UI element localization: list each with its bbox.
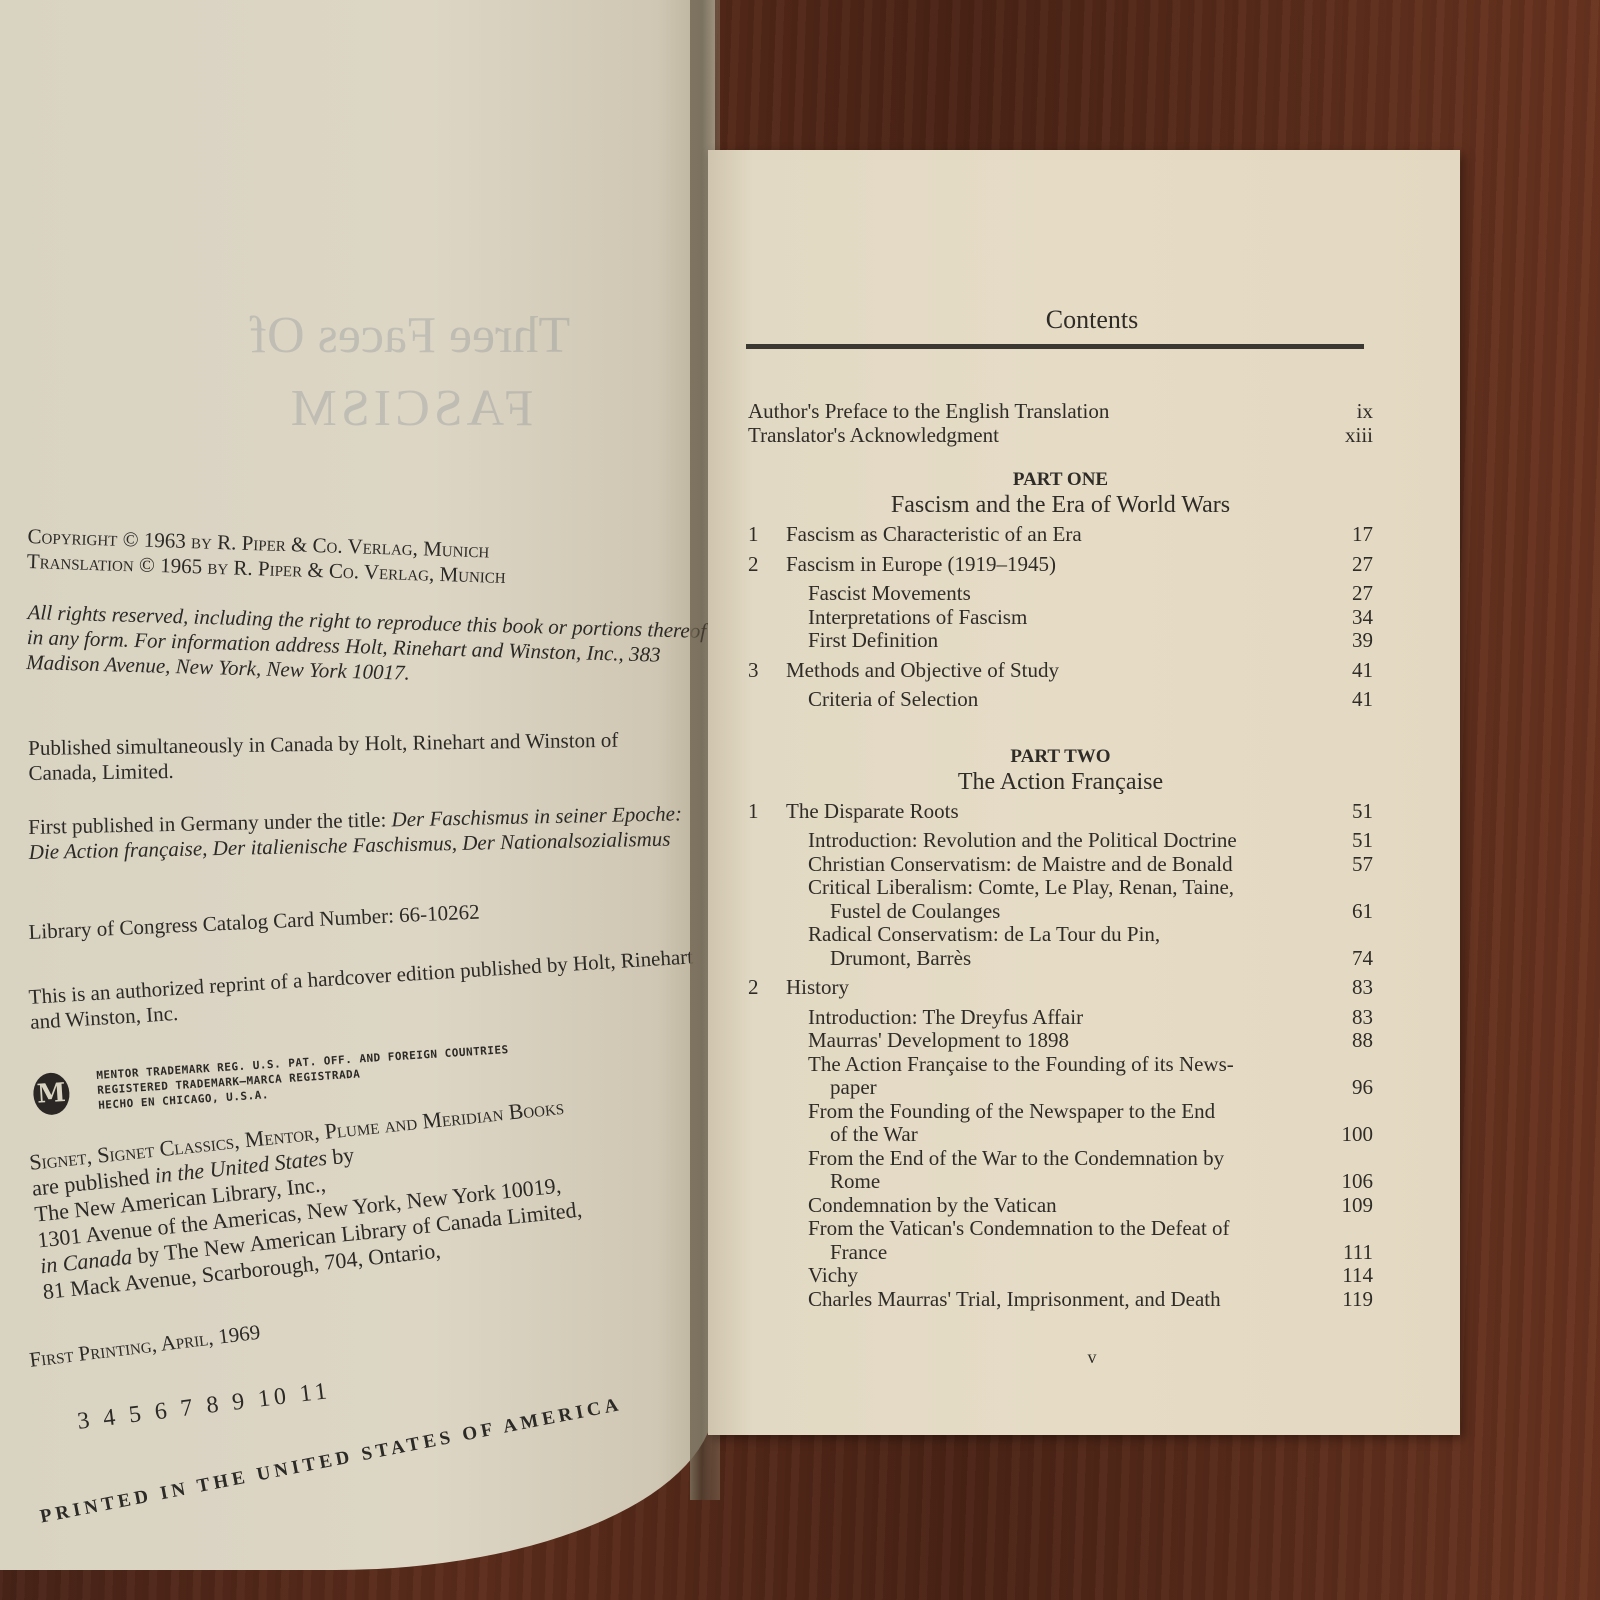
trademark-text: MENTOR TRADEMARK REG. U.S. PAT. OFF. AND… <box>96 1042 511 1113</box>
toc-entry-label: Critical Liberalism: Comte, Le Play, Ren… <box>808 875 1234 899</box>
toc-section[interactable]: Fascist Movements27 <box>748 582 1373 606</box>
toc-entry-continuation: paper <box>808 1076 1323 1100</box>
toc-page-number: 51 <box>1323 800 1373 824</box>
mentor-trademark: M MENTOR TRADEMARK REG. U.S. PAT. OFF. A… <box>32 1042 511 1117</box>
toc-section[interactable]: From the Founding of the Newspaper to th… <box>748 1100 1373 1147</box>
toc-entry-label: Christian Conservatism: de Maistre and d… <box>748 853 1323 877</box>
toc-page-number: 51 <box>1323 829 1373 853</box>
toc-entry-label: Author's Preface to the English Translat… <box>748 400 1323 424</box>
toc-page-number: 34 <box>1323 606 1373 630</box>
toc-section[interactable]: Radical Conservatism: de La Tour du Pin,… <box>748 923 1373 970</box>
toc-entry-label: From the End of the War to the Condemnat… <box>808 1146 1224 1170</box>
toc-chapter[interactable]: 2History83 <box>748 976 1373 1000</box>
toc-entry-label: Translator's Acknowledgment <box>748 424 1323 448</box>
toc-entry-label: Fascist Movements <box>748 582 1323 606</box>
toc-section[interactable]: Condemnation by the Vatican109 <box>748 1194 1373 1218</box>
toc-entry-continuation: Drumont, Barrès <box>808 947 1323 971</box>
library-of-congress-number: Library of Congress Catalog Card Number:… <box>28 892 648 945</box>
toc-entry-continuation: France <box>808 1241 1323 1265</box>
page-number-folio: v <box>708 1347 1460 1368</box>
title-rule-divider <box>746 344 1364 349</box>
toc-page-number: 27 <box>1323 553 1373 577</box>
toc-entry-label: Interpretations of Fascism <box>748 606 1323 630</box>
toc-page-number: 106 <box>1323 1170 1373 1194</box>
toc-chapter[interactable]: 1Fascism as Characteristic of an Era17 <box>748 523 1373 547</box>
toc-page-number: 119 <box>1323 1288 1373 1312</box>
first-published-note: First published in Germany under the tit… <box>28 801 689 865</box>
toc-chapter[interactable]: 2Fascism in Europe (1919–1945)27 <box>748 553 1373 577</box>
toc-entry-label: Fascism in Europe (1919–1945) <box>786 553 1323 577</box>
toc-page-number: 41 <box>1323 659 1373 683</box>
toc-chapter[interactable]: 1The Disparate Roots51 <box>748 800 1373 824</box>
toc-section[interactable]: Christian Conservatism: de Maistre and d… <box>748 853 1373 877</box>
toc-page-number: 109 <box>1323 1194 1373 1218</box>
toc-entry-label: The Disparate Roots <box>786 800 1323 824</box>
publisher-imprints: Signet, Signet Classics, Mentor, Plume a… <box>28 1077 715 1305</box>
chapter-number: 2 <box>748 553 786 577</box>
toc-entry[interactable]: Translator's Acknowledgment xiii <box>748 424 1373 448</box>
toc-entry-label: Fascism as Characteristic of an Era <box>786 523 1323 547</box>
part-title: The Action Française <box>748 768 1373 796</box>
toc-page-number: 111 <box>1323 1241 1373 1265</box>
rights-reserved: All rights reserved, including the right… <box>26 600 708 694</box>
toc-entry-label: Introduction: The Dreyfus Affair <box>748 1006 1323 1030</box>
chapter-number: 3 <box>748 659 786 683</box>
reprint-note: This is an authorized reprint of a hardc… <box>28 943 710 1034</box>
toc-chapter[interactable]: 3Methods and Objective of Study41 <box>748 659 1373 683</box>
copyright-notice: Copyright © 1963 by R. Piper & Co. Verla… <box>26 524 667 594</box>
toc-page-number: 39 <box>1323 629 1373 653</box>
toc-entry[interactable]: Author's Preface to the English Translat… <box>748 400 1373 424</box>
ghost-title-line: FASCISM <box>200 373 620 446</box>
part-heading: PART TWO <box>748 746 1373 768</box>
toc-page-number: 100 <box>1323 1123 1373 1147</box>
toc-entry-label: Vichy <box>748 1264 1323 1288</box>
part-title: Fascism and the Era of World Wars <box>748 491 1373 519</box>
printer-key-numbers: 3 4 5 6 7 8 9 10 11 <box>76 1379 332 1435</box>
toc-page-number: 17 <box>1323 523 1373 547</box>
toc-page-number: xiii <box>1323 424 1373 448</box>
toc-entry-label: Introduction: Revolution and the Politic… <box>748 829 1323 853</box>
toc-page-number: 27 <box>1323 582 1373 606</box>
toc-page-number: 74 <box>1323 947 1373 971</box>
toc-entry-label: From the Vatican's Condemnation to the D… <box>808 1216 1230 1240</box>
toc-entry-label: History <box>786 976 1323 1000</box>
toc-entry-continuation: Fustel de Coulanges <box>808 900 1323 924</box>
toc-section[interactable]: Vichy114 <box>748 1264 1373 1288</box>
toc-section[interactable]: Criteria of Selection41 <box>748 688 1373 712</box>
part-heading: PART ONE <box>748 469 1373 491</box>
toc-entry-label: Radical Conservatism: de La Tour du Pin, <box>808 922 1160 946</box>
toc-section[interactable]: Charles Maurras' Trial, Imprisonment, an… <box>748 1288 1373 1312</box>
mentor-logo-icon: M <box>32 1071 71 1115</box>
toc-entry-label: Maurras' Development to 1898 <box>748 1029 1323 1053</box>
toc-entry-continuation: Rome <box>808 1170 1323 1194</box>
toc-entry-continuation: of the War <box>808 1123 1323 1147</box>
toc-section[interactable]: Introduction: The Dreyfus Affair83 <box>748 1006 1373 1030</box>
chapter-number: 2 <box>748 976 786 1000</box>
toc-page-number: 114 <box>1323 1264 1373 1288</box>
contents-page: Contents Author's Preface to the English… <box>708 150 1460 1435</box>
toc-page-number: 57 <box>1323 853 1373 877</box>
toc-page-number: 61 <box>1323 900 1373 924</box>
ghost-title-line: Three Faces Of <box>200 300 620 373</box>
chapter-number: 1 <box>748 800 786 824</box>
toc-entry-label: From the Founding of the Newspaper to th… <box>808 1099 1215 1123</box>
toc-entry-label: Methods and Objective of Study <box>786 659 1323 683</box>
toc-entry-label: First Definition <box>748 629 1323 653</box>
toc-page-number: 41 <box>1323 688 1373 712</box>
toc-page-number: 88 <box>1323 1029 1373 1053</box>
table-of-contents: Author's Preface to the English Translat… <box>748 400 1373 1311</box>
toc-entry-label: The Action Française to the Founding of … <box>808 1052 1234 1076</box>
toc-section[interactable]: The Action Française to the Founding of … <box>748 1053 1373 1100</box>
toc-section[interactable]: From the Vatican's Condemnation to the D… <box>748 1217 1373 1264</box>
copyright-page: Three Faces Of FASCISM Copyright © 1963 … <box>0 0 715 1570</box>
first-printing: First Printing, April, 1969 <box>28 1320 262 1373</box>
toc-entry-label: Criteria of Selection <box>748 688 1323 712</box>
toc-section[interactable]: Interpretations of Fascism34 <box>748 606 1373 630</box>
toc-section[interactable]: First Definition39 <box>748 629 1373 653</box>
toc-entry-label: Condemnation by the Vatican <box>748 1194 1323 1218</box>
toc-section[interactable]: Introduction: Revolution and the Politic… <box>748 829 1373 853</box>
toc-section[interactable]: From the End of the War to the Condemnat… <box>748 1147 1373 1194</box>
page-title: Contents <box>708 305 1460 335</box>
toc-page-number: 96 <box>1323 1076 1373 1100</box>
toc-entry-label: Charles Maurras' Trial, Imprisonment, an… <box>748 1288 1323 1312</box>
toc-page-number: 83 <box>1323 1006 1373 1030</box>
toc-section[interactable]: Critical Liberalism: Comte, Le Play, Ren… <box>748 876 1373 923</box>
toc-page-number: ix <box>1323 400 1373 424</box>
chapter-number: 1 <box>748 523 786 547</box>
canada-publication-note: Published simultaneously in Canada by Ho… <box>28 727 689 786</box>
show-through-title: Three Faces Of FASCISM <box>200 300 620 446</box>
text: by <box>325 1142 355 1170</box>
toc-page-number: 83 <box>1323 976 1373 1000</box>
toc-section[interactable]: Maurras' Development to 189888 <box>748 1029 1373 1053</box>
